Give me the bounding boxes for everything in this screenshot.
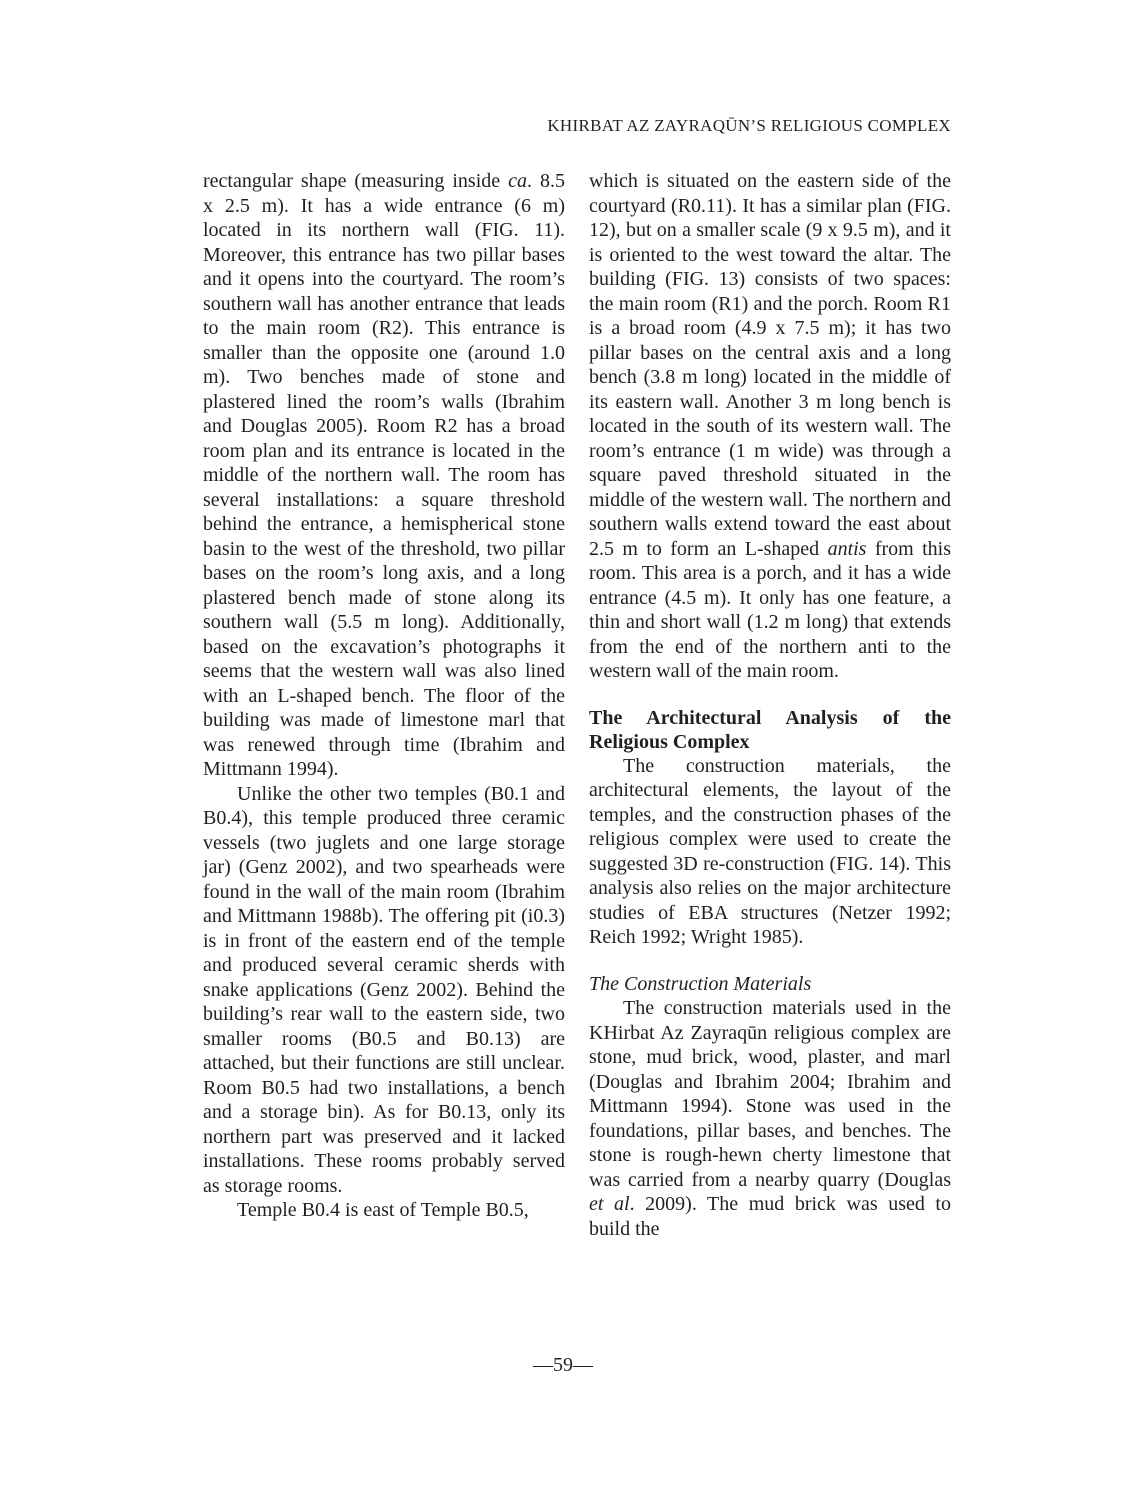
paragraph: The construction materials, the architec… (589, 754, 951, 950)
section-heading: The Architectural Analysis of the Religi… (589, 706, 951, 754)
subsection-heading: The Construction Materials (589, 972, 951, 997)
paragraph: rectangular shape (measuring inside ca. … (203, 169, 565, 782)
right-column: which is situated on the eastern side of… (589, 169, 951, 1241)
text-run: . 2009). The mud brick was used to build… (589, 1193, 951, 1240)
paragraph: which is situated on the eastern side of… (589, 169, 951, 684)
text-run: The construction materials used in the K… (589, 997, 951, 1191)
paragraph: The construction materials used in the K… (589, 996, 951, 1241)
text-run: . 8.5 x 2.5 m). It has a wide entrance (… (203, 170, 565, 780)
page-number: —59— (0, 1354, 1126, 1377)
running-head: KHIRBAT AZ ZAYRAQŪN’S RELIGIOUS COMPLEX (490, 116, 951, 136)
left-column: rectangular shape (measuring inside ca. … (203, 169, 565, 1223)
paragraph: Temple B0.4 is east of Temple B0.5, (203, 1198, 565, 1223)
italic-text: ca (508, 170, 527, 192)
text-run: which is situated on the eastern side of… (589, 170, 951, 560)
italic-text: et al (589, 1193, 630, 1215)
text-run: rectangular shape (measuring inside (203, 170, 508, 192)
paragraph: Unlike the other two temples (B0.1 and B… (203, 782, 565, 1199)
italic-text: antis (828, 538, 867, 560)
